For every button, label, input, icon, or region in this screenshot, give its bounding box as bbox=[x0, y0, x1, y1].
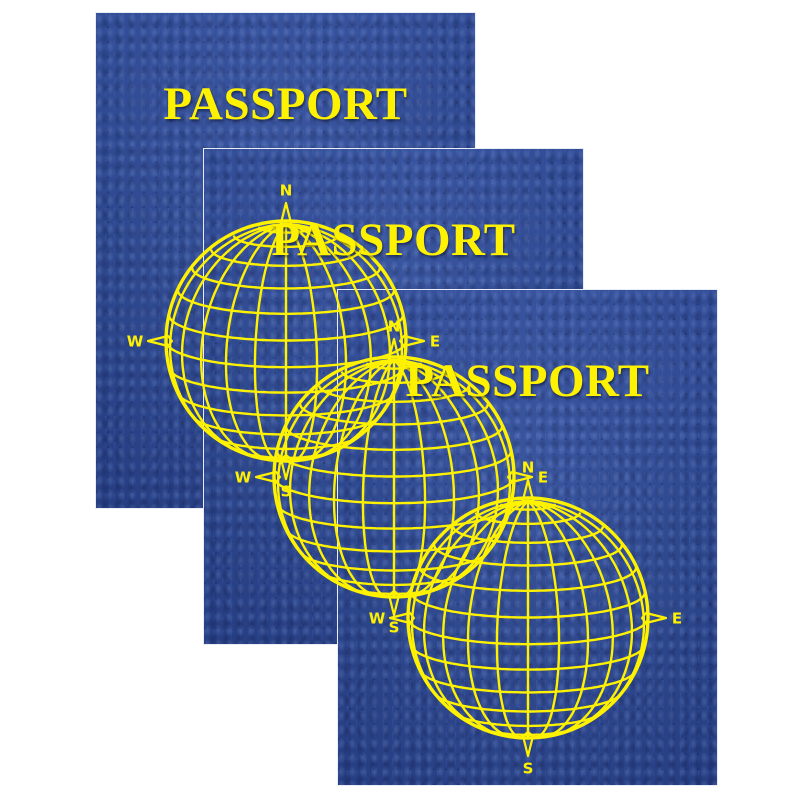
compass-west-label: W bbox=[369, 610, 386, 628]
compass-north-label: N bbox=[388, 318, 401, 336]
globe-compass-icon: NSWE bbox=[358, 440, 698, 780]
compass-west-label: W bbox=[127, 333, 144, 351]
compass-east-label: E bbox=[672, 610, 682, 628]
compass-north-label: N bbox=[280, 182, 293, 200]
compass-south-label: S bbox=[523, 760, 534, 778]
passport-title: PASSPORT bbox=[96, 77, 475, 131]
compass-west-label: W bbox=[235, 469, 252, 487]
passport-title: PASSPORT bbox=[204, 213, 583, 267]
passport-card-front: PASSPORT NSWE bbox=[337, 289, 718, 786]
compass-north-label: N bbox=[522, 459, 535, 477]
passport-title: PASSPORT bbox=[338, 354, 717, 408]
